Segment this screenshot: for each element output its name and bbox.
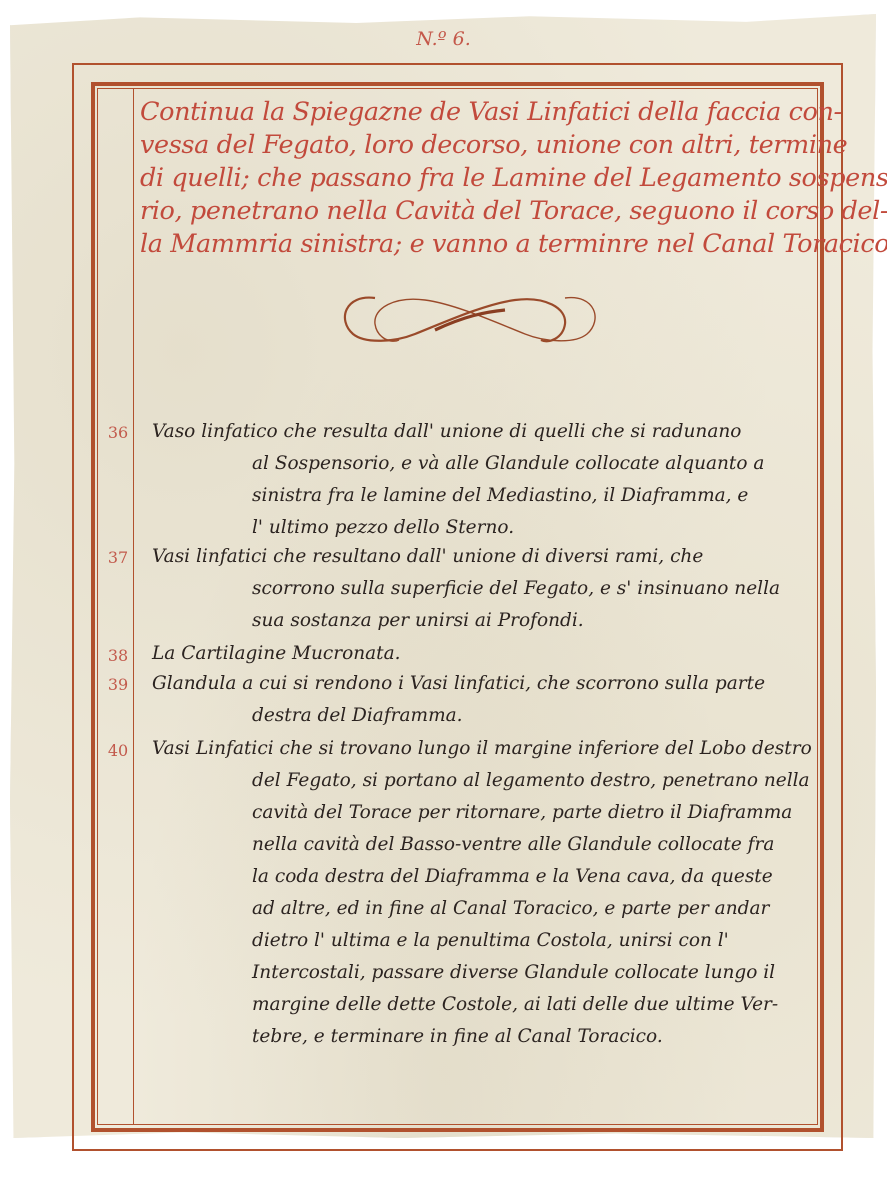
title-line: Continua la Spiegazne de Vasi Linfatici … (140, 96, 820, 129)
calligraphic-flourish-icon (335, 290, 605, 350)
entry-number: 37 (103, 548, 133, 567)
entry-line: sinistra fra le lamine del Mediastino, i… (152, 480, 812, 512)
entry-line: dietro l' ultima e la penultima Costola,… (152, 925, 812, 957)
entry-36: Vaso linfatico che resulta dall' unione … (152, 416, 812, 544)
entry-line: l' ultimo pezzo dello Sterno. (152, 512, 812, 544)
outer-border-top (72, 63, 843, 65)
entry-line: scorrono sulla superficie del Fegato, e … (152, 573, 812, 605)
entry-line: margine delle dette Costole, ai lati del… (152, 989, 812, 1021)
entry-38: La Cartilagine Mucronata. (152, 638, 812, 670)
entry-line: Glandula a cui si rendono i Vasi linfati… (152, 668, 812, 700)
entry-line: Intercostali, passare diverse Glandule c… (152, 957, 812, 989)
inner-border-bottom (97, 1124, 818, 1125)
outer-border-left (72, 63, 74, 1151)
entry-line: del Fegato, si portano al legamento dest… (152, 765, 812, 797)
entry-37: Vasi linfatici che resultano dall' union… (152, 541, 812, 637)
entry-line: sua sostanza per unirsi ai Profondi. (152, 605, 812, 637)
page-number: N.º 6. (0, 28, 887, 50)
margin-line (133, 88, 134, 1125)
outer-border-right (841, 63, 843, 1151)
entry-line: Vasi Linfatici che si trovano lungo il m… (152, 733, 812, 765)
outer-border-bottom (72, 1149, 843, 1151)
section-title: Continua la Spiegazne de Vasi Linfatici … (140, 96, 820, 261)
thick-border-left (91, 82, 95, 1132)
entry-line: ad altre, ed in fine al Canal Toracico, … (152, 893, 812, 925)
entry-40: Vasi Linfatici che si trovano lungo il m… (152, 733, 812, 1053)
thick-border-bottom (91, 1128, 824, 1132)
entry-line: La Cartilagine Mucronata. (152, 638, 812, 670)
title-line: vessa del Fegato, loro decorso, unione c… (140, 129, 820, 162)
entry-number: 38 (103, 646, 133, 665)
entry-number: 36 (103, 423, 133, 442)
entry-number: 39 (103, 675, 133, 694)
entry-line: tebre, e terminare in fine al Canal Tora… (152, 1021, 812, 1053)
inner-border-top (97, 88, 818, 89)
entry-line: cavità del Torace per ritornare, parte d… (152, 797, 812, 829)
entry-line: nella cavità del Basso-ventre alle Gland… (152, 829, 812, 861)
entry-line: Vaso linfatico che resulta dall' unione … (152, 416, 812, 448)
inner-border-left (97, 88, 98, 1125)
entry-line: la coda destra del Diaframma e la Vena c… (152, 861, 812, 893)
thick-border-top (91, 82, 824, 86)
entry-line: Vasi linfatici che resultano dall' union… (152, 541, 812, 573)
title-line: la Mammria sinistra; e vanno a terminre … (140, 228, 820, 261)
entry-39: Glandula a cui si rendono i Vasi linfati… (152, 668, 812, 732)
entry-line: destra del Diaframma. (152, 700, 812, 732)
title-line: rio, penetrano nella Cavità del Torace, … (140, 195, 820, 228)
entry-line: al Sospensorio, e và alle Glandule collo… (152, 448, 812, 480)
entry-number: 40 (103, 741, 133, 760)
title-line: di quelli; che passano fra le Lamine del… (140, 162, 820, 195)
